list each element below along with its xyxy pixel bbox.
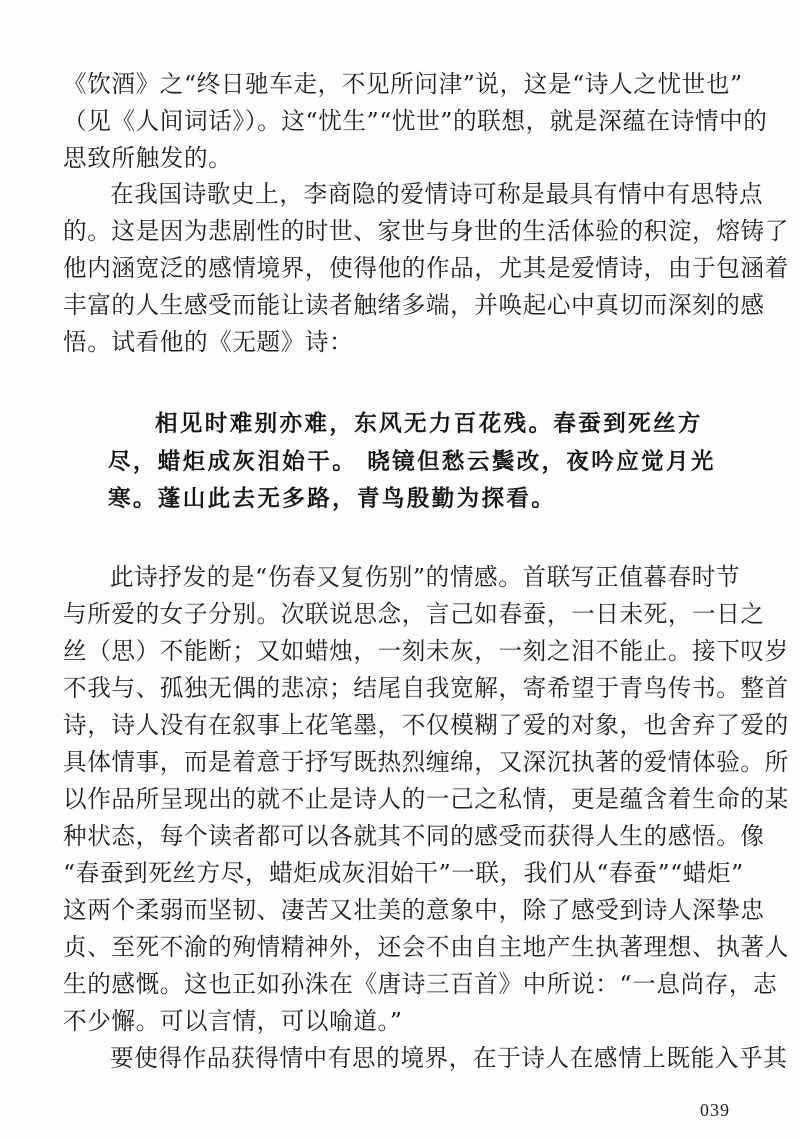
text-line: 这两个柔弱而坚韧、凄苦又壮美的意象中，除了感受到诗人深挚忠 [63,892,733,929]
paragraph-continuation: 《饮酒》之“终日驰车走，不见所问津”说，这是“诗人之忧世也” （见《人间词话》）… [63,66,733,177]
text-line: 丰富的人生感受而能让读者触绪多端，并唤起心中真切而深刻的感 [63,287,733,324]
body-text-intro: 在我国诗歌史上，李商隐的爱情诗可称是最具有情中有思特点 的。这是因为悲剧性的时世… [63,176,733,361]
text-line: 生的感慨。这也正如孙洙在《唐诗三百首》中所说：“一息尚存，志 [63,966,733,1003]
text-line: 此诗抒发的是“伤春又复伤别”的情感。首联写正值暮春时节 [63,559,733,596]
paragraph-next: 要使得作品获得情中有思的境界，在于诗人在感情上既能入乎其 [63,1040,733,1077]
text-line: 他内涵宽泛的感情境界，使得他的作品，尤其是爱情诗，由于包涵着 [63,250,733,287]
text-line: 不我与、孤独无偶的悲凉；结尾自我宽解，寄希望于青鸟传书。整首 [63,670,733,707]
poem-line: 相见时难别亦难，东风无力百花残。春蚕到死丝方 [108,406,692,444]
text-line: 不少懈。可以言情，可以喻道。” [63,1003,733,1040]
text-line: 的。这是因为悲剧性的时世、家世与身世的生活体验的积淀，熔铸了 [63,213,733,250]
paragraph-analysis: 此诗抒发的是“伤春又复伤别”的情感。首联写正值暮春时节 与所爱的女子分别。次联说… [63,559,733,1040]
text-line: 与所爱的女子分别。次联说思念，言己如春蚕，一日未死，一日之 [63,596,733,633]
text-line: 思致所触发的。 [63,140,733,177]
text-line: 悟。试看他的《无题》诗： [63,324,733,361]
text-line: 具体情事，而是着意于抒写既热烈缠绵，又深沉执著的爱情体验。所 [63,744,733,781]
paragraph-li-shangyin: 在我国诗歌史上，李商隐的爱情诗可称是最具有情中有思特点 的。这是因为悲剧性的时世… [63,176,733,361]
text-line: “春蚕到死丝方尽，蜡炬成灰泪始干”一联，我们从“春蚕”“蜡炬” [63,855,733,892]
book-page: 《饮酒》之“终日驰车走，不见所问津”说，这是“诗人之忧世也” （见《人间词话》）… [0,0,800,1140]
body-text-top: 《饮酒》之“终日驰车走，不见所问津”说，这是“诗人之忧世也” （见《人间词话》）… [63,66,733,177]
text-line: 《饮酒》之“终日驰车走，不见所问津”说，这是“诗人之忧世也” [63,66,733,103]
text-line: 诗，诗人没有在叙事上花笔墨，不仅模糊了爱的对象，也舍弃了爱的 [63,707,733,744]
page-number: 039 [700,1100,730,1121]
text-line: 贞、至死不渝的殉情精神外，还会不由自主地产生执著理想、执著人 [63,929,733,966]
poem-line: 尽，蜡炬成灰泪始干。 晓镜但愁云鬓改，夜吟应觉月光 [108,444,692,482]
poem-line: 寒。蓬山此去无多路，青鸟殷勤为探看。 [108,481,692,519]
text-line: 在我国诗歌史上，李商隐的爱情诗可称是最具有情中有思特点 [63,176,733,213]
poem-quote-wuti: 相见时难别亦难，东风无力百花残。春蚕到死丝方 尽，蜡炬成灰泪始干。 晓镜但愁云鬓… [108,406,692,519]
text-line: 种状态，每个读者都可以各就其不同的感受而获得人生的感悟。像 [63,818,733,855]
text-line: 以作品所呈现出的就不止是诗人的一己之私情，更是蕴含着生命的某 [63,781,733,818]
text-line: （见《人间词话》）。这“忧生”“忧世”的联想，就是深蕴在诗情中的 [63,103,733,140]
text-line: 要使得作品获得情中有思的境界，在于诗人在感情上既能入乎其 [63,1040,733,1077]
text-line: 丝（思）不能断；又如蜡烛，一刻未灰，一刻之泪不能止。接下叹岁 [63,633,733,670]
body-text-analysis: 此诗抒发的是“伤春又复伤别”的情感。首联写正值暮春时节 与所爱的女子分别。次联说… [63,559,733,1077]
